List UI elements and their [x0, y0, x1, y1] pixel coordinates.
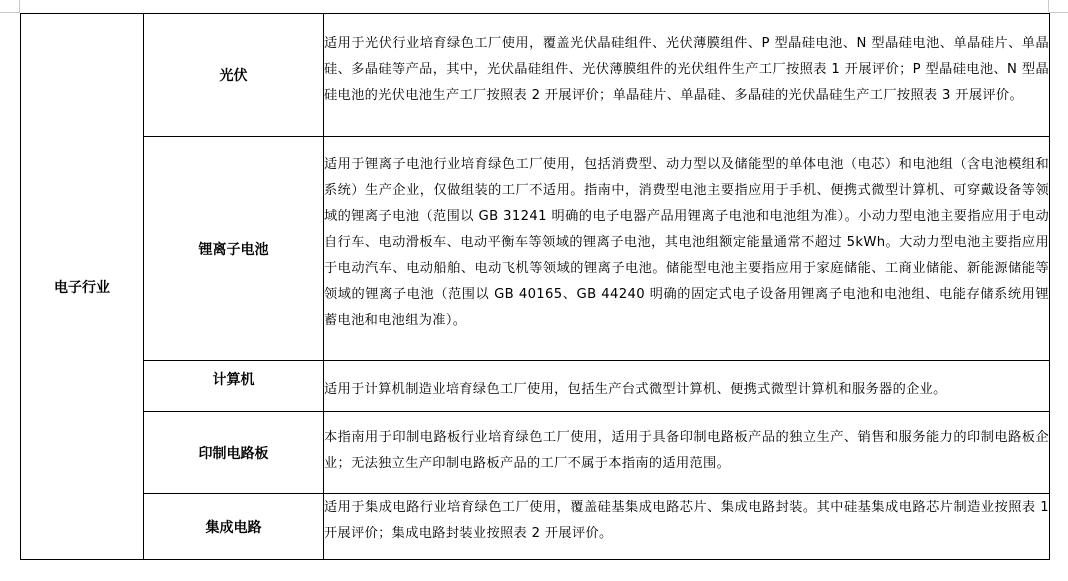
description-text: 本指南用于印制电路板行业培育绿色工厂使用，适用于具备印制电路板产品的独立生产、销… — [324, 417, 1049, 489]
crop-mark-top-right-horizontal — [1049, 12, 1068, 13]
crop-mark-top-right-vertical — [1048, 0, 1049, 12]
description-text: 适用于光伏行业培育绿色工厂使用，覆盖光伏晶硅组件、光伏薄膜组件、P 型晶硅电池、… — [324, 30, 1049, 121]
description-cell: 适用于集成电路行业培育绿色工厂使用，覆盖硅基集成电路芯片、集成电路封装。其中硅基… — [324, 494, 1050, 560]
industry-scope-table: 电子行业 光伏 适用于光伏行业培育绿色工厂使用，覆盖光伏晶硅组件、光伏薄膜组件、… — [20, 13, 1050, 560]
table-row: 印制电路板 本指南用于印制电路板行业培育绿色工厂使用，适用于具备印制电路板产品的… — [21, 412, 1050, 494]
table-row: 集成电路 适用于集成电路行业培育绿色工厂使用，覆盖硅基集成电路芯片、集成电路封装… — [21, 494, 1050, 560]
table-row: 电子行业 光伏 适用于光伏行业培育绿色工厂使用，覆盖光伏晶硅组件、光伏薄膜组件、… — [21, 14, 1050, 137]
sector-label: 计算机 — [213, 372, 255, 388]
description-cell: 本指南用于印制电路板行业培育绿色工厂使用，适用于具备印制电路板产品的独立生产、销… — [324, 412, 1050, 494]
industry-cell: 电子行业 — [21, 14, 144, 560]
table-row: 锂离子电池 适用于锂离子电池行业培育绿色工厂使用，包括消费型、动力型以及储能型的… — [21, 137, 1050, 361]
sector-cell: 集成电路 — [144, 494, 324, 560]
sector-cell: 印制电路板 — [144, 412, 324, 494]
sector-cell: 计算机 — [144, 361, 324, 412]
description-cell: 适用于光伏行业培育绿色工厂使用，覆盖光伏晶硅组件、光伏薄膜组件、P 型晶硅电池、… — [324, 14, 1050, 137]
description-text: 适用于计算机制造业培育绿色工厂使用，包括生产台式微型计算机、便携式微型计算机和服… — [324, 369, 1049, 403]
sector-label: 光伏 — [220, 68, 248, 84]
description-text: 适用于锂离子电池行业培育绿色工厂使用，包括消费型、动力型以及储能型的单体电池（电… — [324, 151, 1049, 346]
description-text: 适用于集成电路行业培育绿色工厂使用，覆盖硅基集成电路芯片、集成电路封装。其中硅基… — [324, 494, 1049, 559]
sector-label: 集成电路 — [206, 520, 262, 536]
sector-label: 印制电路板 — [199, 446, 269, 462]
description-cell: 适用于计算机制造业培育绿色工厂使用，包括生产台式微型计算机、便携式微型计算机和服… — [324, 361, 1050, 412]
sector-cell: 光伏 — [144, 14, 324, 137]
sector-label: 锂离子电池 — [199, 242, 269, 258]
table-row: 计算机 适用于计算机制造业培育绿色工厂使用，包括生产台式微型计算机、便携式微型计… — [21, 361, 1050, 412]
crop-mark-top-left-vertical — [19, 0, 20, 12]
sector-cell: 锂离子电池 — [144, 137, 324, 361]
description-cell: 适用于锂离子电池行业培育绿色工厂使用，包括消费型、动力型以及储能型的单体电池（电… — [324, 137, 1050, 361]
industry-label: 电子行业 — [54, 280, 110, 296]
crop-mark-top-left-horizontal — [0, 12, 20, 13]
